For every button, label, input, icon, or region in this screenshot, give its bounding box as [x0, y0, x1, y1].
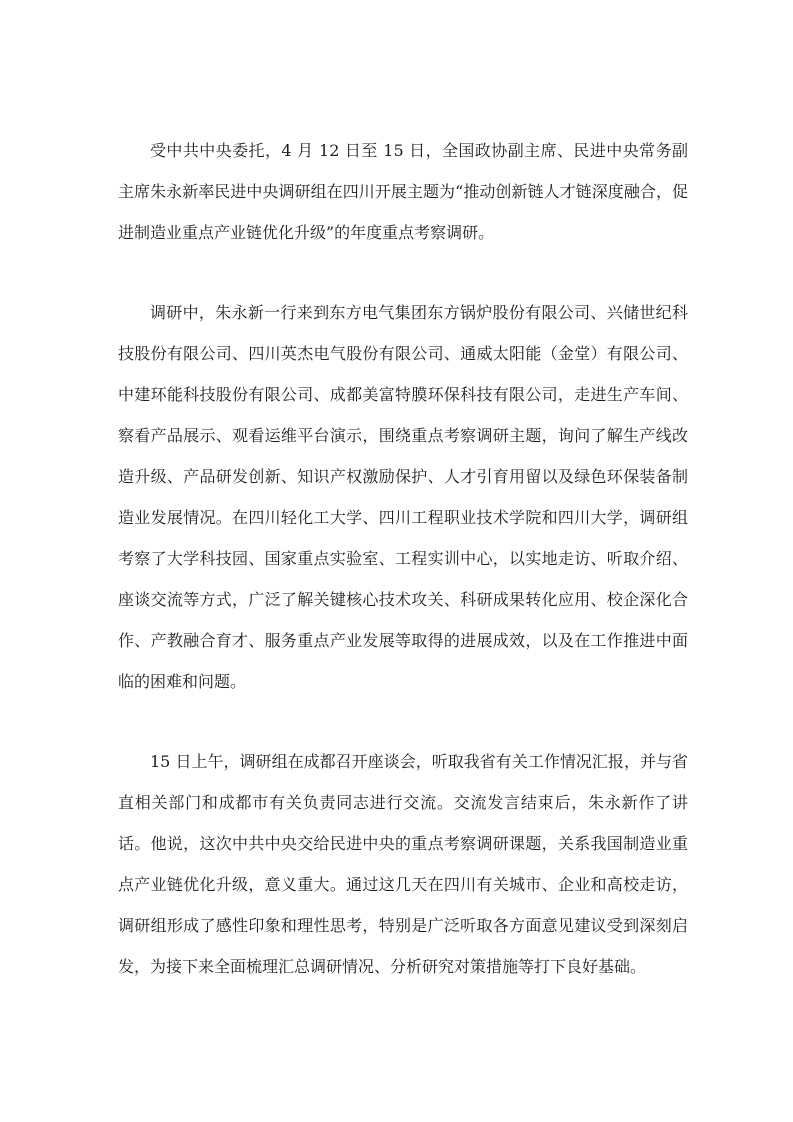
paragraph-intro: 受中共中央委托，4 月 12 日至 15 日，全国政协副主席、民进中央常务副主席…: [118, 130, 688, 253]
paragraph-symposium: 15 日上午，调研组在成都召开座谈会，听取我省有关工作情况汇报，并与省直相关部门…: [118, 741, 688, 987]
document-page: 受中共中央委托，4 月 12 日至 15 日，全国政协副主席、民进中央常务副主席…: [0, 0, 793, 1122]
paragraph-visits: 调研中，朱永新一行来到东方电气集团东方锅炉股份有限公司、兴储世纪科技股份有限公司…: [118, 292, 688, 702]
